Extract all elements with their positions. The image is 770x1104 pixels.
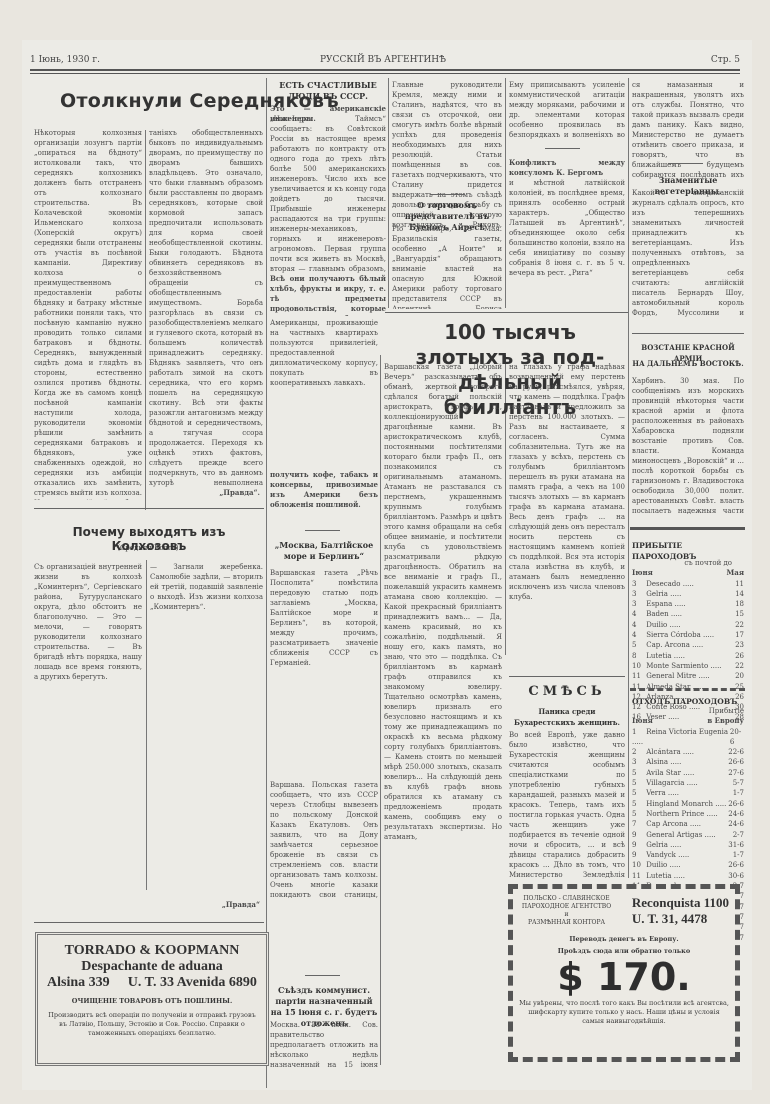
ship-day: 5 (632, 640, 644, 650)
column-divider (628, 78, 629, 878)
ship-row: 3 Alsina .....26-6 (632, 757, 744, 767)
ship-day: 3 (632, 757, 644, 767)
ship-day: 1 (632, 727, 644, 737)
ad-line: ПАРОХОДНОЕ АГЕНТСТВО (519, 903, 614, 911)
ship-day: 9 (632, 830, 644, 840)
ad-fare-label: Проѣздъ сюда или обратно только (513, 947, 735, 955)
ship-date: 24-6 (728, 809, 744, 819)
divider (430, 194, 465, 195)
divider (305, 975, 340, 976)
ship-row: 4 Sierra Córdoba .....17 (632, 630, 744, 640)
column-divider (380, 355, 381, 1065)
ship-day: 8 (632, 651, 644, 661)
column-divider (146, 560, 147, 890)
ad-torrado-koopmann: TORRADO & KOOPMANN Despachante de aduana… (35, 932, 269, 1066)
article-text: — Загнали жеребенка. Самолюбіе задѣли, —… (150, 562, 263, 862)
ship-row: 10 Monte Sarmiento .....22 (632, 661, 744, 671)
ship-name: 4 Duilio ..... (632, 620, 681, 630)
issue-date: 1 Іюнь, 1930 г. (30, 55, 100, 65)
ship-name: 7 Cap Arcona ..... (632, 819, 701, 829)
ship-row: 9 General Artigas .....2-7 (632, 830, 744, 840)
ship-date: 26-6 (728, 860, 744, 870)
article-source: „Правда“. (210, 488, 260, 498)
ship-row: 1 Reina Victoria Eugenia .....20-6 (632, 727, 744, 748)
page-number: Стр. 5 (711, 55, 740, 65)
ship-name: 3 Gelria ..... (632, 589, 681, 599)
article-bold: получить кофе, табакъ и консервы, привоз… (270, 470, 378, 510)
ship-row: 5 Hingland Monarch .....26-6 (632, 799, 744, 809)
ship-day: 10 (632, 661, 644, 671)
ship-row: 10 Duilio .....26-6 (632, 860, 744, 870)
ad-polish-slavic-agency: ПОЛЬСКО - СЛАВЯНСКОЕ ПАРОХОДНОЕ АГЕНТСТВ… (508, 884, 740, 1062)
headline-panic: Паника среди Бухарестскихъ женщинъ. (509, 706, 625, 728)
ship-date: 20-6 (730, 727, 744, 748)
ad-line: РАЗМѢННАЯ КОНТОРА (519, 919, 614, 927)
ship-day: 10 (632, 860, 644, 870)
ship-day: 4 (632, 630, 644, 640)
column-divider (505, 78, 506, 308)
ship-day: 11 (632, 671, 644, 681)
ship-day: 9 (632, 850, 644, 860)
ship-date: 20 (735, 671, 744, 681)
ship-day: 3 (632, 579, 644, 589)
ship-date: 5-7 (733, 778, 744, 788)
article-text: Варшавская газета „Добрый Вечеръ“ разска… (384, 362, 502, 1062)
ship-name: 3 Desecado ..... (632, 579, 694, 589)
subtitle: (Средняя Волга). (34, 543, 264, 554)
ship-date: 23 (735, 640, 744, 650)
ship-row: 5 Avila Star .....27-6 (632, 768, 744, 778)
departures-sub: Прибытіе (632, 706, 744, 716)
ship-day: 3 (632, 599, 644, 609)
ad-street: Alsina 339 (47, 975, 110, 991)
article-text: Какой-то американскій журналъ сдѣлалъ оп… (632, 188, 744, 318)
ship-row: 5 Verra .....1-7 (632, 788, 744, 798)
article-text: Варшава. Польская газета сообщаетъ, что … (270, 780, 378, 900)
ship-day: 11 (632, 871, 644, 881)
column-divider (388, 78, 389, 308)
ship-name: 3 Espana ..... (632, 599, 686, 609)
ship-name: 10 Monte Sarmiento ..... (632, 661, 722, 671)
divider (34, 508, 264, 509)
article-text: ся намазанныя и накрашенныя, уволятъ ихъ… (632, 80, 744, 180)
masthead: РУССКІЙ ВЪ АРГЕНТИНѢ (320, 55, 446, 65)
ship-name: 4 Sierra Córdoba ..... (632, 630, 714, 640)
col-left: Іюня (632, 568, 653, 578)
divider (630, 527, 745, 530)
ship-date: 18 (735, 599, 744, 609)
ship-date: 26-6 (728, 757, 744, 767)
ship-row: 11 Lutetia .....30-6 (632, 871, 744, 881)
ad-company-name: TORRADO & KOOPMANN (38, 943, 266, 959)
ship-day: 7 (632, 819, 644, 829)
ship-day: 4 (632, 620, 644, 630)
ad-line: и (519, 911, 614, 919)
divider (632, 333, 744, 334)
ship-day: 5 (632, 809, 644, 819)
ad-phone: U. T. 33 Avenida 6890 (128, 975, 257, 991)
divider (630, 688, 745, 691)
divider (545, 148, 580, 149)
headline-moscow-baltic: „Москва, Балтійское море и Берлинъ“ (270, 540, 378, 562)
ship-row: 5 Northern Prince .....24-6 (632, 809, 744, 819)
ship-date: 31-6 (728, 840, 744, 850)
ship-name: 9 Gelria ..... (632, 840, 681, 850)
col-right: в Европу (707, 716, 744, 726)
article-text: и мѣстной латвійской колоніей, въ послѣд… (509, 178, 625, 308)
col-right: Мая (727, 568, 744, 578)
ship-name: 10 Duilio ..... (632, 860, 681, 870)
article-text: Американцы, проживающіе на частныхъ квар… (270, 318, 378, 468)
departures-header: Іюняв Европу (632, 716, 744, 726)
ad-description: Производитъ всѣ операціи по полученіи и … (48, 1011, 256, 1038)
ship-name: 5 Cap. Arcona ..... (632, 640, 703, 650)
ship-name: 4 Baden ..... (632, 609, 682, 619)
ship-name: 9 Vandyck ..... (632, 850, 689, 860)
ship-date: 26-6 (728, 799, 744, 809)
divider (305, 530, 340, 531)
article-text: „Нью-Іоркъ Таймсъ“ сообщаетъ: въ Совѣтск… (270, 114, 386, 274)
ship-row: 7 Cap Arcona .....24-6 (632, 819, 744, 829)
ad-text: Мы увѣрены, что послѣ того какъ Вы посѣт… (513, 999, 735, 1026)
ship-date: 22-6 (728, 747, 744, 757)
article-text: таніяхъ обобществленныхъ быковъ по индив… (149, 128, 263, 488)
divider (385, 312, 628, 313)
ship-row: 5 Villagarcia .....5-7 (632, 778, 744, 788)
ship-date: 15 (735, 609, 744, 619)
article-text: Ріо Жанейро, 29 Мая. Бразильскія газеты,… (392, 224, 502, 309)
ship-date: 14 (735, 589, 744, 599)
column-divider (145, 130, 146, 510)
ship-date: 1-7 (733, 850, 744, 860)
section-miscellany: СМѢСЬ (509, 686, 625, 697)
col-left: Іюня (632, 716, 653, 726)
divider (668, 163, 703, 164)
ad-address: Alsina 339 U. T. 33 Avenida 6890 (38, 975, 266, 991)
headline-conflict: Конфликтъ между консуломъ К. Бергомъ (509, 158, 625, 178)
headline-happy-people: ЕСТЬ СЧАСТЛИВЫЕ ЛЮДИ ВЪ СССР. (270, 80, 386, 102)
ship-row: 4 Duilio .....22 (632, 620, 744, 630)
ship-name: 5 Avila Star ..... (632, 768, 694, 778)
ship-name: 5 Hingland Monarch ..... (632, 799, 726, 809)
ad-price: $ 170. (513, 955, 735, 999)
ship-name: 11 Lutetia ..... (632, 871, 685, 881)
ship-name: 1 Reina Victoria Eugenia ..... (632, 727, 730, 748)
ship-row: 8 Lutetia .....26 (632, 651, 744, 661)
arrivals-header: ІюняМая (632, 568, 744, 578)
ship-date: 17 (735, 630, 744, 640)
ship-name: 11 General Mitre ..... (632, 671, 710, 681)
ship-row: 9 Vandyck .....1-7 (632, 850, 744, 860)
ship-row: 3 Desecado .....11 (632, 579, 744, 589)
ad-subtitle: Despachante de aduana (38, 959, 266, 975)
ship-row: 2 Alcántara .....22-6 (632, 747, 744, 757)
divider (34, 922, 264, 923)
ship-row: 3 Espana .....18 (632, 599, 744, 609)
ad-phone: U. T. 31, 4478 (632, 911, 729, 927)
ship-date: 11 (735, 579, 744, 589)
ad-service: ОЧИЩЕНІЕ ТОВАРОВЪ ОТЪ ПОШЛИНЫ. (38, 997, 266, 1005)
ship-date: 26 (735, 651, 744, 661)
ship-day: 4 (632, 609, 644, 619)
ship-day: 3 (632, 589, 644, 599)
ship-day: 9 (632, 840, 644, 850)
ship-row: 5 Cap. Arcona .....23 (632, 640, 744, 650)
ship-date: 2-7 (733, 830, 744, 840)
ship-date: 24-6 (728, 819, 744, 829)
header-rule-2 (30, 73, 740, 74)
ad-agency-address: Reconquista 1100 U. T. 31, 4478 (632, 895, 729, 927)
ship-day: 5 (632, 778, 644, 788)
header-rule (30, 69, 740, 71)
ship-day: 5 (632, 799, 644, 809)
ship-name: 9 General Artigas ..... (632, 830, 716, 840)
ship-name: 5 Verra ..... (632, 788, 679, 798)
ship-date: 27-6 (728, 768, 744, 778)
ship-row: 3 Gelria .....14 (632, 589, 744, 599)
ship-name: 2 Alcántara ..... (632, 747, 694, 757)
ship-name: 5 Northern Prince ..... (632, 809, 718, 819)
article-text: Во всей Европѣ, уже давно было извѣстно,… (509, 730, 625, 880)
ship-day: 5 (632, 788, 644, 798)
article-text: Ему приписываютъ усиленіе коммунистическ… (509, 80, 625, 140)
ship-day: 2 (632, 747, 644, 757)
article-text: Съ организаціей внутренней жизни въ колх… (34, 562, 142, 884)
article-text: Нѣкоторыя колхозныя организаціи лозунгъ … (34, 128, 142, 500)
article-source: „Правда“ (210, 900, 260, 910)
ship-day: 5 (632, 768, 644, 778)
ship-row: 9 Gelria .....31-6 (632, 840, 744, 850)
divider (509, 676, 625, 677)
ship-date: 30-6 (728, 871, 744, 881)
headline-uprising-2: НА ДАЛЬНЕМЪ ВОСТОКѢ. (632, 358, 744, 369)
article-text: на глазахъ у графа надѣвая возвращенный … (509, 362, 625, 652)
ship-name: 3 Alsina ..... (632, 757, 681, 767)
ship-date: 1-7 (733, 788, 744, 798)
ship-name: 8 Lutetia ..... (632, 651, 685, 661)
ship-row: 11 General Mitre .....20 (632, 671, 744, 681)
article-bold: Всѣ они получаютъ бѣлый хлѣбъ, фрукты и … (270, 274, 386, 316)
ship-date: 22 (735, 620, 744, 630)
ad-line: ПОЛЬСКО - СЛАВЯНСКОЕ (519, 895, 614, 903)
article-text: Харбинъ. 30 мая. По сообщеніямъ изъ морс… (632, 376, 744, 516)
article-text: Москва. 28 іюня. Сов. правительство пред… (270, 1020, 378, 1070)
ship-date: 22 (735, 661, 744, 671)
ad-money-transfer: Переводъ денегъ въ Европу. (513, 935, 735, 943)
ship-row: 4 Baden .....15 (632, 609, 744, 619)
arrivals-sub: съ почтой до (632, 558, 744, 568)
ship-name: 5 Villagarcia ..... (632, 778, 698, 788)
ad-agency-name: ПОЛЬСКО - СЛАВЯНСКОЕ ПАРОХОДНОЕ АГЕНТСТВ… (519, 895, 614, 927)
ad-street: Reconquista 1100 (632, 895, 729, 911)
